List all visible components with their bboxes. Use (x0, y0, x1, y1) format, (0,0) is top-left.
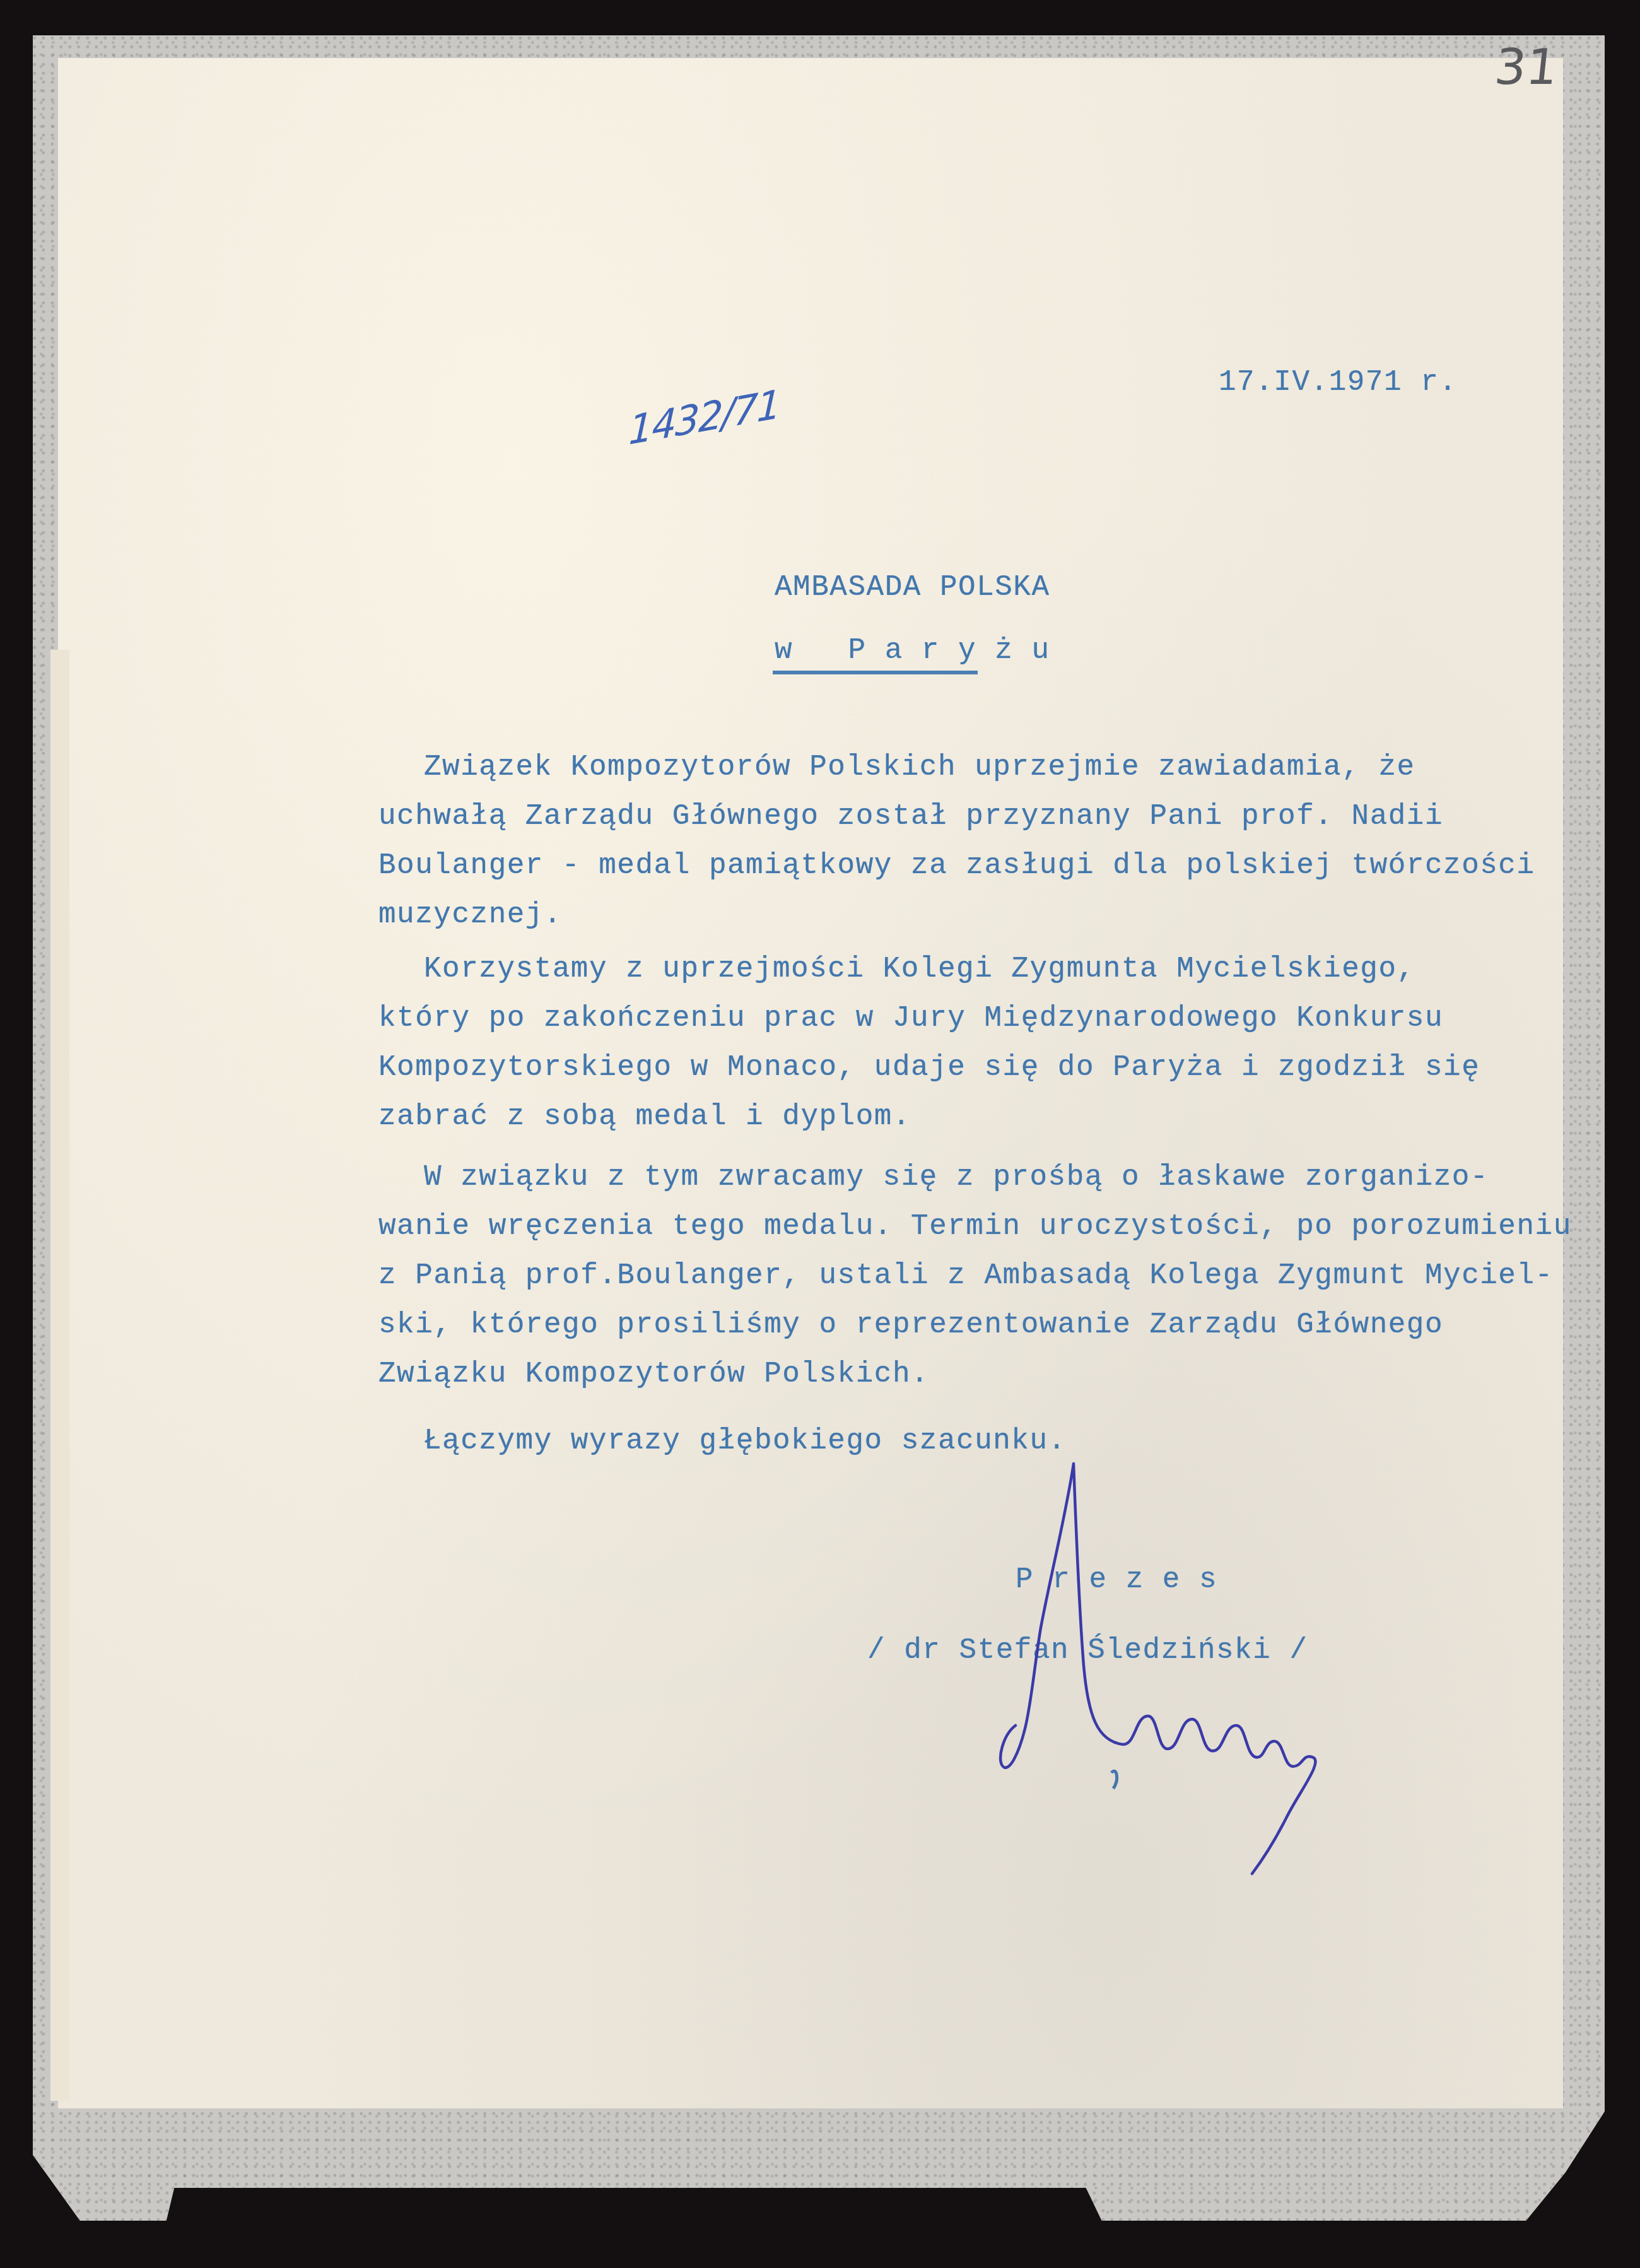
body-line: W związku z tym zwracamy się z prośbą o … (424, 1161, 1489, 1194)
recipient-line-2: w P a r y ż u (775, 634, 1050, 667)
body-line: uchwałą Zarządu Głównego został przyznan… (378, 800, 1443, 833)
body-line: wanie wręczenia tego medalu. Termin uroc… (378, 1210, 1572, 1243)
recipient-line-1: AMBASADA POLSKA (775, 571, 1050, 604)
letter-date: 17.IV.1971 r. (1219, 366, 1457, 399)
body-line: Związek Kompozytorów Polskich uprzejmie … (424, 751, 1415, 784)
recipient-underline (773, 671, 978, 674)
archive-page-number: 31 (1492, 39, 1561, 96)
body-line: który po zakończeniu prac w Jury Międzyn… (378, 1002, 1443, 1035)
paper-edge-fold (50, 650, 69, 2101)
body-line: Korzystamy z uprzejmości Kolegi Zygmunta… (424, 953, 1415, 985)
body-line: z Panią prof.Boulanger, ustali z Ambasad… (378, 1259, 1554, 1292)
body-line: Boulanger - medal pamiątkowy za zasługi … (378, 849, 1535, 882)
body-line: Związku Kompozytorów Polskich. (378, 1358, 929, 1390)
handwritten-signature-icon (908, 1438, 1426, 1880)
body-line: Kompozytorskiego w Monaco, udaje się do … (378, 1051, 1480, 1084)
body-line: zabrać z sobą medal i dyplom. (378, 1100, 911, 1133)
body-line: ski, którego prosiliśmy o reprezentowani… (378, 1308, 1443, 1341)
body-line: muzycznej. (378, 898, 562, 931)
